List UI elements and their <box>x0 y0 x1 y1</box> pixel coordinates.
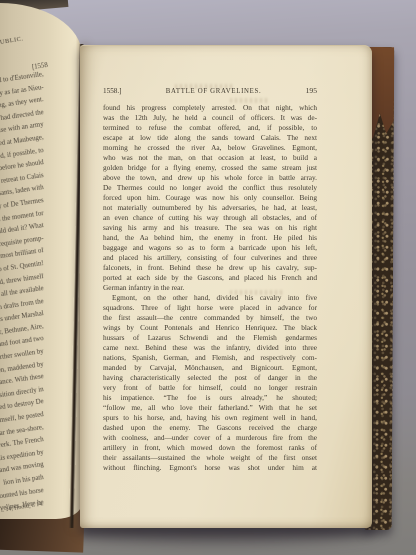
text-line: artillery in front, which mowed down the… <box>103 443 317 453</box>
text-line: found his progress completely arrested. … <box>103 103 317 113</box>
text-line: escape at low tide along the sands towar… <box>103 133 317 143</box>
text-line: manded by Carvajal, Mönchausen, and Bign… <box>103 363 317 373</box>
text-line: ported at each side by the Gascons, and … <box>103 273 317 283</box>
text-line: Egmont, on the other hand, divided his c… <box>103 293 317 303</box>
text-line: forced upon him. Courage was now his onl… <box>103 193 317 203</box>
text-line: hussars of Lazarus Schwendi and the Flem… <box>103 333 317 343</box>
page-header: 1558.] BATTLE OF GRAVELINES. 195 <box>103 86 317 95</box>
left-page: EPUBLIC. [1558 and to d'Estonville,army … <box>0 3 82 519</box>
text-line: an even chance of cutting his way throug… <box>103 213 317 223</box>
text-line: nations, Spanish, German, and Flemish, a… <box>103 353 317 363</box>
left-page-year-bracket: [1558 <box>32 62 49 71</box>
text-line: not materially outnumbered by his advers… <box>103 203 317 213</box>
text-line: spurs to his horse, and, having his own … <box>103 413 317 423</box>
text-line: squadrons. Three of light horse were pla… <box>103 303 317 313</box>
text-line: falconets, in front. Behind these he dre… <box>103 263 317 273</box>
text-line: golden bridge for a flying enemy, crosse… <box>103 163 317 173</box>
text-line: came next. Behind these was the infantry… <box>103 343 317 353</box>
text-line: “follow me, all who love their fatherlan… <box>103 403 317 413</box>
text-line: who was not the man, on that occasion at… <box>103 153 317 163</box>
header-chapter-title: BATTLE OF GRAVELINES. <box>122 88 306 95</box>
text-line: having characteristically selected the p… <box>103 373 317 383</box>
left-page-text-fragments: and to d'Estonville,army as far as Nieu-… <box>0 71 44 512</box>
text-line: morning he crossed the river Aa, below G… <box>103 143 317 153</box>
left-page-running-head: EPUBLIC. <box>0 35 24 55</box>
text-line: baggage and wagons so as to form a barri… <box>103 243 317 253</box>
text-line: the first assault—the centre commanded b… <box>103 313 317 323</box>
text-line: very front of battle for himself, could … <box>103 383 317 393</box>
text-line: above the town, and drew up his whole fo… <box>103 173 317 183</box>
text-line: with coolness, and—under cover of a murd… <box>103 433 317 443</box>
body-text: found his progress completely arrested. … <box>103 103 317 473</box>
text-line: wings by Count Pontenals and Henrico Hen… <box>103 323 317 333</box>
photo-background: { "right_page": { "header": { "year_brac… <box>0 0 416 555</box>
text-line: dashed upon the enemy. The Gascons recei… <box>103 423 317 433</box>
text-line: and placed his artillery, consisting of … <box>103 253 317 263</box>
text-line: was the 12th July, he held a council of … <box>103 113 317 123</box>
text-line: his impatience. “The foe is ours already… <box>103 393 317 403</box>
text-line: De Thermes could no longer avoid the con… <box>103 183 317 193</box>
text-line: German infantry in the rear. <box>103 283 317 293</box>
header-year-bracket: 1558.] <box>103 87 122 95</box>
text-line: without flinching. Egmont's horse was sh… <box>103 463 317 473</box>
header-page-number: 195 <box>306 86 317 95</box>
text-line: saving his army and his treasure. The se… <box>103 223 317 233</box>
text-line: termined to refuse the combat offered, a… <box>103 123 317 133</box>
right-page: 1558.] BATTLE OF GRAVELINES. 195 found h… <box>80 45 372 528</box>
text-line: hand, the Aa behind him, the enemy in fr… <box>103 233 317 243</box>
text-line: their assailants—sustained the whole wei… <box>103 453 317 463</box>
